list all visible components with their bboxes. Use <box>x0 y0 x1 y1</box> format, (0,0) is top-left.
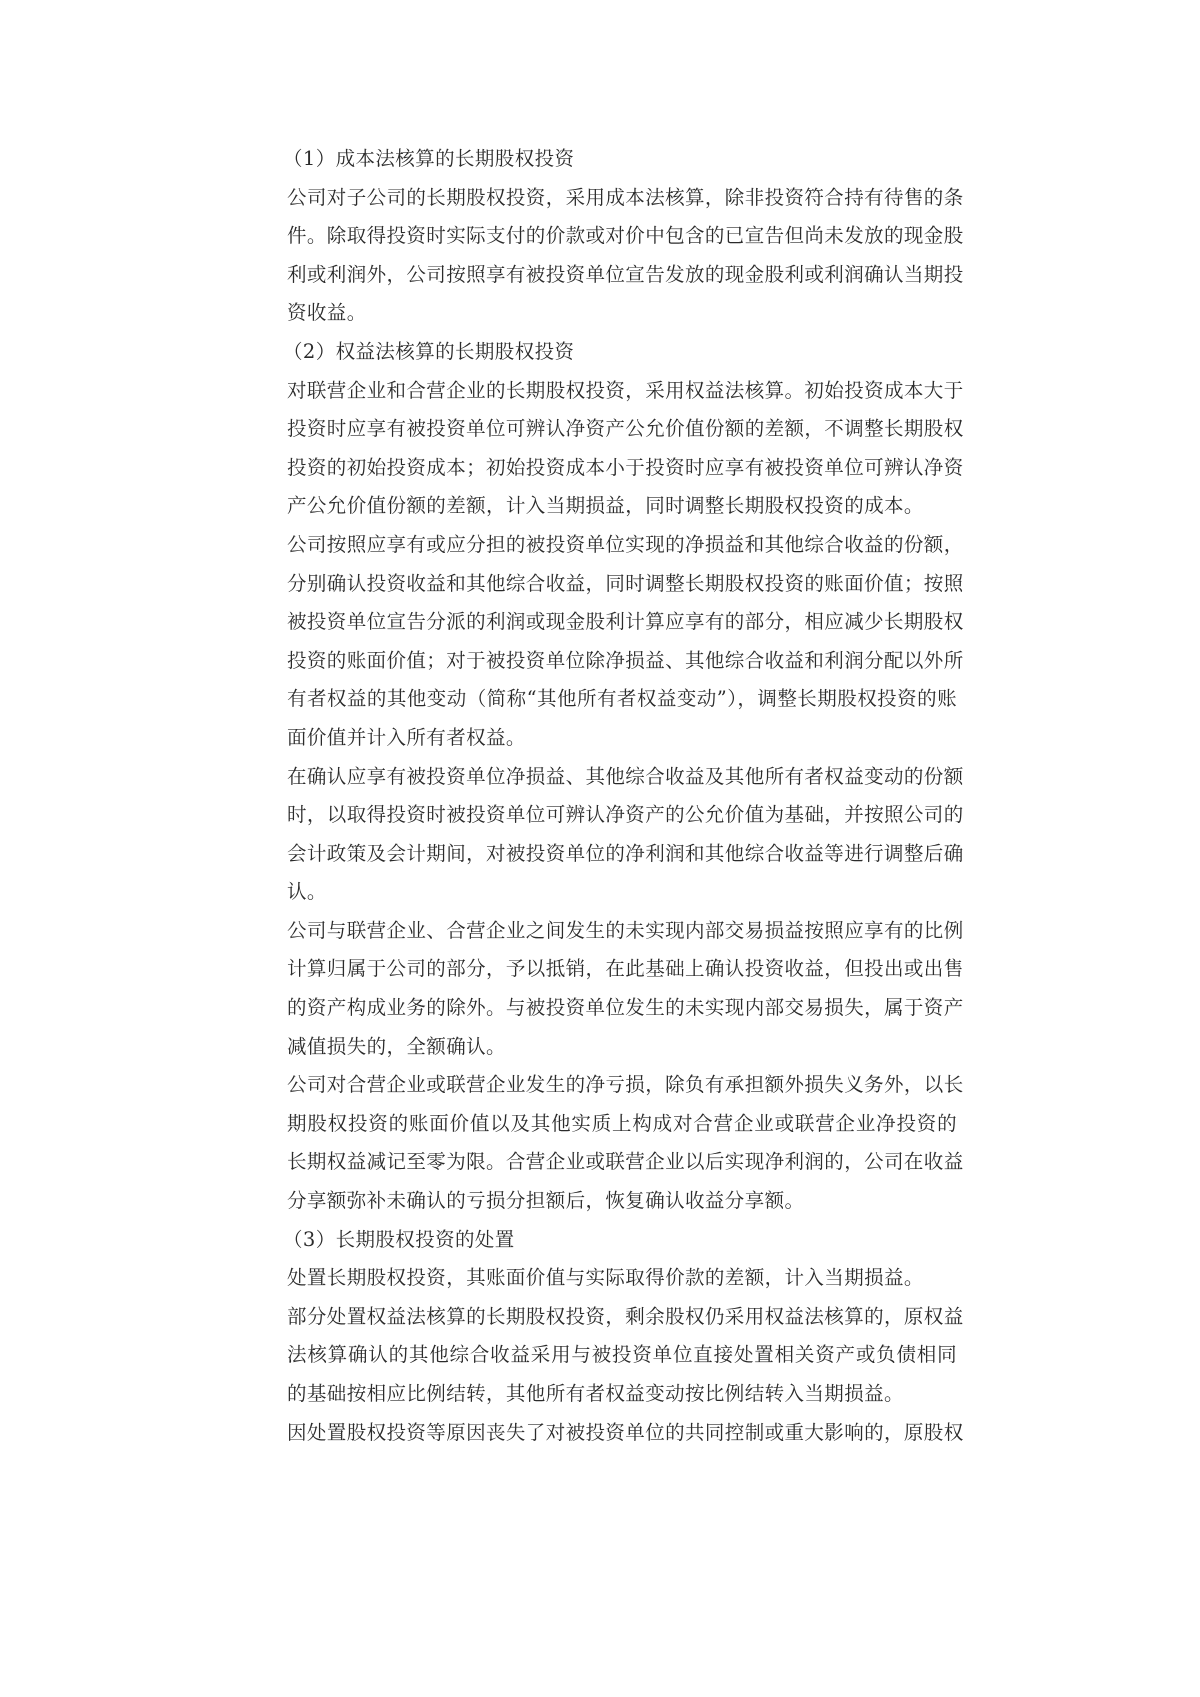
text-line: 的基础按相应比例结转，其他所有者权益变动按比例结转入当期损益。 <box>287 1375 957 1414</box>
text-line: 利或利润外，公司按照享有被投资单位宣告发放的现金股利或利润确认当期投 <box>287 256 957 295</box>
text-line: 分别确认投资收益和其他综合收益，同时调整长期股权投资的账面价值；按照 <box>287 565 957 604</box>
paragraph: 公司按照应享有或应分担的被投资单位实现的净损益和其他综合收益的份额， 分别确认投… <box>287 526 957 758</box>
section-heading: （1）成本法核算的长期股权投资 <box>283 140 957 179</box>
text-line: 在确认应享有被投资单位净损益、其他综合收益及其他所有者权益变动的份额 <box>287 758 957 797</box>
text-line: 计算归属于公司的部分，予以抵销，在此基础上确认投资收益，但投出或出售 <box>287 950 957 989</box>
text-line: 的资产构成业务的除外。与被投资单位发生的未实现内部交易损失，属于资产 <box>287 989 957 1028</box>
text-line: 产公允价值份额的差额，计入当期损益，同时调整长期股权投资的成本。 <box>287 487 957 526</box>
section-disposal: （3）长期股权投资的处置 处置长期股权投资，其账面价值与实际取得价款的差额，计入… <box>287 1221 957 1453</box>
text-line: 处置长期股权投资，其账面价值与实际取得价款的差额，计入当期损益。 <box>287 1259 957 1298</box>
text-line: 会计政策及会计期间，对被投资单位的净利润和其他综合收益等进行调整后确 <box>287 835 957 874</box>
text-line: 部分处置权益法核算的长期股权投资，剩余股权仍采用权益法核算的，原权益 <box>287 1298 957 1337</box>
text-line: 期股权投资的账面价值以及其他实质上构成对合营企业或联营企业净投资的 <box>287 1105 957 1144</box>
text-line: 因处置股权投资等原因丧失了对被投资单位的共同控制或重大影响的，原股权 <box>287 1414 957 1453</box>
text-line: 公司对合营企业或联营企业发生的净亏损，除负有承担额外损失义务外，以长 <box>287 1066 957 1105</box>
section-equity-method: （2）权益法核算的长期股权投资 对联营企业和合营企业的长期股权投资，采用权益法核… <box>287 333 957 1221</box>
paragraph: 部分处置权益法核算的长期股权投资，剩余股权仍采用权益法核算的，原权益 法核算确认… <box>287 1298 957 1414</box>
text-line: 长期权益减记至零为限。合营企业或联营企业以后实现净利润的，公司在收益 <box>287 1143 957 1182</box>
text-line: 减值损失的，全额确认。 <box>287 1028 957 1067</box>
text-line: 法核算确认的其他综合收益采用与被投资单位直接处置相关资产或负债相同 <box>287 1336 957 1375</box>
text-line: 被投资单位宣告分派的利润或现金股利计算应享有的部分，相应减少长期股权 <box>287 603 957 642</box>
text-line: 公司与联营企业、合营企业之间发生的未实现内部交易损益按照应享有的比例 <box>287 912 957 951</box>
paragraph: 因处置股权投资等原因丧失了对被投资单位的共同控制或重大影响的，原股权 <box>287 1414 957 1453</box>
text-line: 面价值并计入所有者权益。 <box>287 719 957 758</box>
section-heading: （3）长期股权投资的处置 <box>283 1221 957 1260</box>
paragraph: 在确认应享有被投资单位净损益、其他综合收益及其他所有者权益变动的份额 时，以取得… <box>287 758 957 912</box>
text-line: 分享额弥补未确认的亏损分担额后，恢复确认收益分享额。 <box>287 1182 957 1221</box>
text-line: 对联营企业和合营企业的长期股权投资，采用权益法核算。初始投资成本大于 <box>287 372 957 411</box>
paragraph: 处置长期股权投资，其账面价值与实际取得价款的差额，计入当期损益。 <box>287 1259 957 1298</box>
text-line: 有者权益的其他变动（简称“其他所有者权益变动”），调整长期股权投资的账 <box>287 680 957 719</box>
text-line: 时，以取得投资时被投资单位可辨认净资产的公允价值为基础，并按照公司的 <box>287 796 957 835</box>
text-line: 投资时应享有被投资单位可辨认净资产公允价值份额的差额，不调整长期股权 <box>287 410 957 449</box>
text-line: 公司按照应享有或应分担的被投资单位实现的净损益和其他综合收益的份额， <box>287 526 957 565</box>
text-line: 投资的账面价值；对于被投资单位除净损益、其他综合收益和利润分配以外所 <box>287 642 957 681</box>
text-line: 投资的初始投资成本；初始投资成本小于投资时应享有被投资单位可辨认净资 <box>287 449 957 488</box>
paragraph: 对联营企业和合营企业的长期股权投资，采用权益法核算。初始投资成本大于 投资时应享… <box>287 372 957 526</box>
document-page: （1）成本法核算的长期股权投资 公司对子公司的长期股权投资，采用成本法核算，除非… <box>287 140 957 1452</box>
text-line: 公司对子公司的长期股权投资，采用成本法核算，除非投资符合持有待售的条 <box>287 179 957 218</box>
section-cost-method: （1）成本法核算的长期股权投资 公司对子公司的长期股权投资，采用成本法核算，除非… <box>287 140 957 333</box>
text-line: 资收益。 <box>287 294 957 333</box>
text-line: 件。除取得投资时实际支付的价款或对价中包含的已宣告但尚未发放的现金股 <box>287 217 957 256</box>
text-line: 认。 <box>287 873 957 912</box>
paragraph: 公司对子公司的长期股权投资，采用成本法核算，除非投资符合持有待售的条 件。除取得… <box>287 179 957 333</box>
paragraph: 公司对合营企业或联营企业发生的净亏损，除负有承担额外损失义务外，以长 期股权投资… <box>287 1066 957 1220</box>
section-heading: （2）权益法核算的长期股权投资 <box>283 333 957 372</box>
paragraph: 公司与联营企业、合营企业之间发生的未实现内部交易损益按照应享有的比例 计算归属于… <box>287 912 957 1066</box>
